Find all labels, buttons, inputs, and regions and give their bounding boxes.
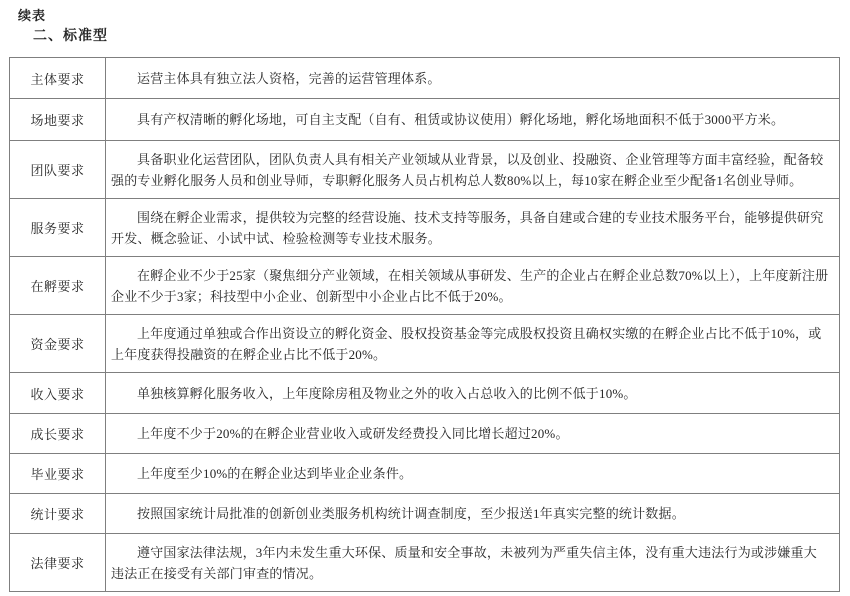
- row-label: 法律要求: [10, 534, 106, 592]
- row-content-text: 具备职业化运营团队，团队负责人具有相关产业领域从业背景，以及创业、投融资、企业管…: [111, 149, 829, 191]
- table-row: 收入要求 单独核算孵化服务收入，上年度除房租及物业之外的收入占总收入的比例不低于…: [10, 373, 840, 414]
- table-row: 统计要求 按照国家统计局批准的创新创业类服务机构统计调查制度，至少报送1年真实完…: [10, 494, 840, 534]
- table-row: 法律要求 遵守国家法律法规，3年内未发生重大环保、质量和安全事故，未被列为严重失…: [10, 534, 840, 592]
- row-label: 统计要求: [10, 494, 106, 534]
- row-content: 上年度通过单独或合作出资设立的孵化资金、股权投资基金等完成股权投资且确权实缴的在…: [106, 315, 840, 373]
- row-content: 按照国家统计局批准的创新创业类服务机构统计调查制度，至少报送1年真实完整的统计数…: [106, 494, 840, 534]
- table-row: 主体要求 运营主体具有独立法人资格，完善的运营管理体系。: [10, 58, 840, 99]
- row-content-text: 具有产权清晰的孵化场地，可自主支配（自有、租赁或协议使用）孵化场地，孵化场地面积…: [111, 109, 829, 130]
- row-content: 具备职业化运营团队，团队负责人具有相关产业领域从业背景，以及创业、投融资、企业管…: [106, 141, 840, 199]
- row-content-text: 上年度至少10%的在孵企业达到毕业企业条件。: [111, 463, 829, 484]
- row-content-text: 单独核算孵化服务收入，上年度除房租及物业之外的收入占总收入的比例不低于10%。: [111, 383, 829, 404]
- row-content-text: 运营主体具有独立法人资格，完善的运营管理体系。: [111, 68, 829, 89]
- document-page: 续表 二、标准型 主体要求 运营主体具有独立法人资格，完善的运营管理体系。 场地…: [0, 0, 850, 596]
- row-content: 单独核算孵化服务收入，上年度除房租及物业之外的收入占总收入的比例不低于10%。: [106, 373, 840, 414]
- row-content: 在孵企业不少于25家（聚焦细分产业领域，在相关领域从事研发、生产的企业占在孵企业…: [106, 257, 840, 315]
- table-row: 服务要求 围绕在孵企业需求，提供较为完整的经营设施、技术支持等服务，具备自建或合…: [10, 199, 840, 257]
- table-row: 毕业要求 上年度至少10%的在孵企业达到毕业企业条件。: [10, 454, 840, 494]
- continued-table-label: 续表: [18, 5, 46, 24]
- row-label: 服务要求: [10, 199, 106, 257]
- row-content-text: 围绕在孵企业需求，提供较为完整的经营设施、技术支持等服务，具备自建或合建的专业技…: [111, 207, 829, 249]
- row-label: 团队要求: [10, 141, 106, 199]
- row-label: 资金要求: [10, 315, 106, 373]
- row-content: 围绕在孵企业需求，提供较为完整的经营设施、技术支持等服务，具备自建或合建的专业技…: [106, 199, 840, 257]
- table-row: 在孵要求 在孵企业不少于25家（聚焦细分产业领域，在相关领域从事研发、生产的企业…: [10, 257, 840, 315]
- table-row: 资金要求 上年度通过单独或合作出资设立的孵化资金、股权投资基金等完成股权投资且确…: [10, 315, 840, 373]
- row-content: 上年度不少于20%的在孵企业营业收入或研发经费投入同比增长超过20%。: [106, 414, 840, 454]
- standard-type-requirements-table: 主体要求 运营主体具有独立法人资格，完善的运营管理体系。 场地要求 具有产权清晰…: [9, 57, 840, 592]
- row-content-text: 在孵企业不少于25家（聚焦细分产业领域，在相关领域从事研发、生产的企业占在孵企业…: [111, 265, 829, 307]
- row-content-text: 上年度不少于20%的在孵企业营业收入或研发经费投入同比增长超过20%。: [111, 423, 829, 444]
- row-content-text: 遵守国家法律法规，3年内未发生重大环保、质量和安全事故，未被列为严重失信主体，没…: [111, 542, 829, 584]
- table-row: 场地要求 具有产权清晰的孵化场地，可自主支配（自有、租赁或协议使用）孵化场地，孵…: [10, 99, 840, 141]
- row-label: 毕业要求: [10, 454, 106, 494]
- row-content-text: 按照国家统计局批准的创新创业类服务机构统计调查制度，至少报送1年真实完整的统计数…: [111, 503, 829, 524]
- row-label: 收入要求: [10, 373, 106, 414]
- row-content: 运营主体具有独立法人资格，完善的运营管理体系。: [106, 58, 840, 99]
- row-label: 场地要求: [10, 99, 106, 141]
- table-row: 团队要求 具备职业化运营团队，团队负责人具有相关产业领域从业背景，以及创业、投融…: [10, 141, 840, 199]
- table-row: 成长要求 上年度不少于20%的在孵企业营业收入或研发经费投入同比增长超过20%。: [10, 414, 840, 454]
- row-content: 遵守国家法律法规，3年内未发生重大环保、质量和安全事故，未被列为严重失信主体，没…: [106, 534, 840, 592]
- row-label: 在孵要求: [10, 257, 106, 315]
- row-label: 成长要求: [10, 414, 106, 454]
- row-label: 主体要求: [10, 58, 106, 99]
- row-content: 具有产权清晰的孵化场地，可自主支配（自有、租赁或协议使用）孵化场地，孵化场地面积…: [106, 99, 840, 141]
- row-content: 上年度至少10%的在孵企业达到毕业企业条件。: [106, 454, 840, 494]
- row-content-text: 上年度通过单独或合作出资设立的孵化资金、股权投资基金等完成股权投资且确权实缴的在…: [111, 323, 829, 365]
- section-title: 二、标准型: [33, 25, 108, 45]
